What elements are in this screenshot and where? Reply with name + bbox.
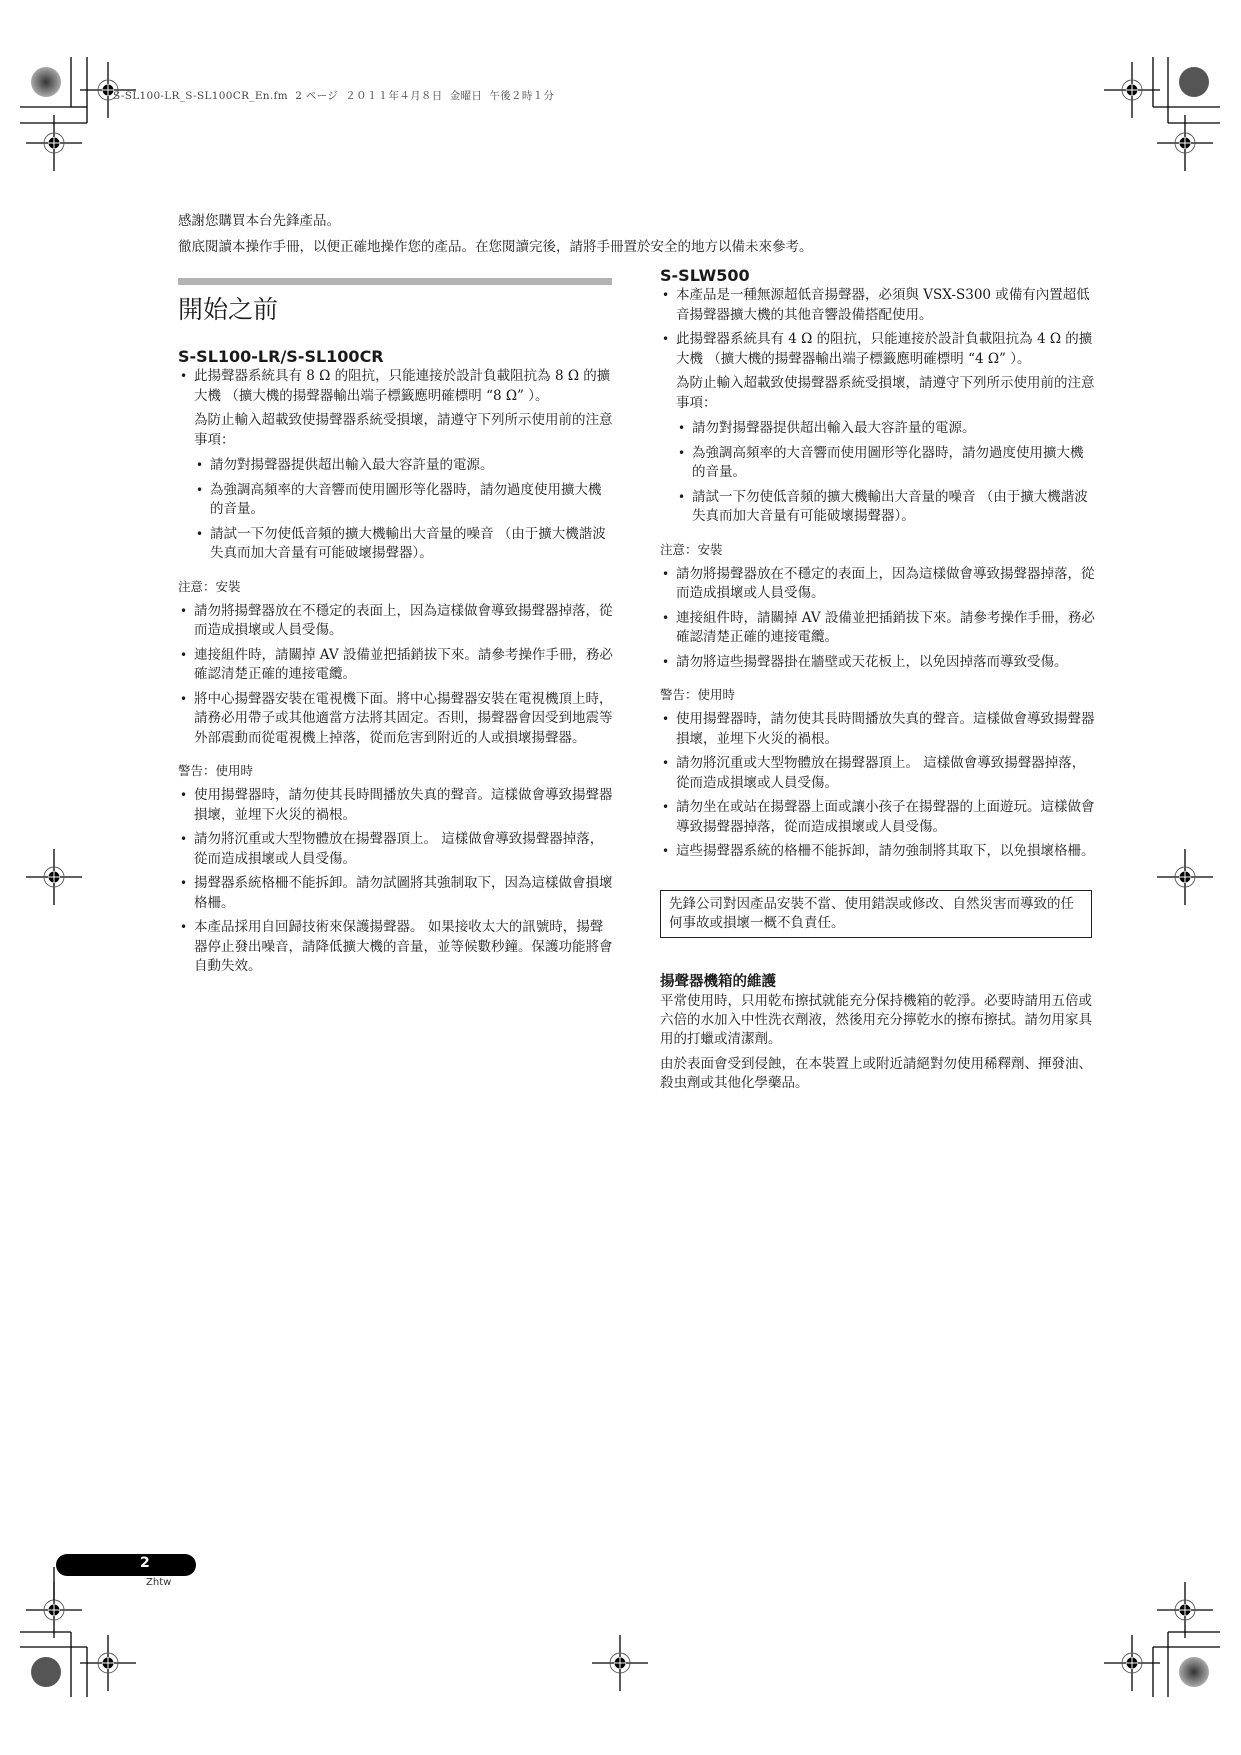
list-item: 這些揚聲器系統的格柵不能拆卸，請勿強制將其取下，以免損壞格柵。	[660, 842, 1096, 862]
precaution-intro: 為防止輸入超載致使揚聲器系統受損壞，請遵守下列所示使用前的注意事項：	[676, 374, 1096, 413]
list-item: 此揚聲器系統具有 8 Ω 的阻抗，只能連接於設計負載阻抗為 8 Ω 的擴大機 （…	[178, 367, 614, 406]
list-item: 請試一下勿使低音頻的擴大機輸出大音量的噪音 （由于擴大機諧波失真而加大音量有可能…	[194, 525, 614, 564]
list-item: 此揚聲器系統具有 4 Ω 的阻抗，只能連接於設計負載阻抗為 4 Ω 的擴大機 （…	[660, 330, 1096, 369]
maintenance-paragraph: 平常使用時，只用乾布擦拭就能充分保持機箱的乾淨。必要時請用五倍或六倍的水加入中性…	[660, 992, 1096, 1049]
list-item: 連接組件時，請關掉 AV 設備並把插銷拔下來。請參考操作手冊，務必確認清楚正確的…	[178, 646, 614, 685]
list-item: 請勿對揚聲器提供超出輸入最大容許量的電源。	[194, 456, 614, 476]
intro-read-manual: 徹底閱讀本操作手冊，以便正確地操作您的產品。在您閱讀完後，請將手冊置於安全的地方…	[178, 238, 813, 256]
model-heading: S-SLW500	[660, 266, 1096, 286]
list-item: 為強調高頻率的大音響而使用圖形等化器時，請勿過度使用擴大機的音量。	[194, 481, 614, 520]
page-number: 2	[140, 1555, 150, 1571]
section-rule	[178, 278, 612, 285]
page-number-tab	[56, 1554, 196, 1576]
list-item: 連接組件時，請關掉 AV 設備並把插銷拔下來。請參考操作手冊，務必確認清楚正確的…	[660, 609, 1096, 648]
list-item: 使用揚聲器時，請勿使其長時間播放失真的聲音。這樣做會導致揚聲器損壞，並埋下火災的…	[178, 786, 614, 825]
model-heading: S-SL100-LR/S-SL100CR	[178, 347, 614, 367]
file-slug-line: S-SL100-LR_S-SL100CR_En.fm 2 ページ ２０１１年４月…	[113, 88, 554, 103]
left-column: 開始之前 S-SL100-LR/S-SL100CR 此揚聲器系統具有 8 Ω 的…	[178, 278, 614, 982]
list-item: 請勿將沉重或大型物體放在揚聲器頂上。 這樣做會導致揚聲器掉落，從而造成損壞或人員…	[660, 754, 1096, 793]
language-code: Zhtw	[146, 1577, 171, 1588]
usage-warning-heading: 警告：使用時	[660, 686, 1096, 704]
list-item: 請勿將揚聲器放在不穩定的表面上，因為這樣做會導致揚聲器掉落，從而造成損壞或人員受…	[660, 565, 1096, 604]
cabinet-maintenance-section: 揚聲器機箱的維護 平常使用時，只用乾布擦拭就能充分保持機箱的乾淨。必要時請用五倍…	[660, 972, 1096, 1093]
right-column: S-SLW500 本產品是一種無源超低音揚聲器，必須與 VSX-S300 或備有…	[660, 266, 1096, 1099]
chapter-title: 開始之前	[178, 293, 614, 327]
list-item: 請試一下勿使低音頻的擴大機輸出大音量的噪音 （由于擴大機諧波失真而加大音量有可能…	[676, 488, 1096, 527]
install-caution-heading: 注意：安裝	[178, 578, 614, 596]
list-item: 請勿對揚聲器提供超出輸入最大容許量的電源。	[676, 419, 1096, 439]
intro-thanks: 感謝您購買本台先鋒產品。	[178, 212, 340, 230]
usage-warning-heading: 警告：使用時	[178, 762, 614, 780]
list-item: 本產品採用自回歸技術來保護揚聲器。 如果接收太大的訊號時，揚聲器停止發出噪音，請…	[178, 918, 614, 977]
list-item: 請勿將沉重或大型物體放在揚聲器頂上。 這樣做會導致揚聲器掉落，從而造成損壞或人員…	[178, 830, 614, 869]
list-item: 請勿將揚聲器放在不穩定的表面上，因為這樣做會導致揚聲器掉落，從而造成損壞或人員受…	[178, 602, 614, 641]
maintenance-paragraph: 由於表面會受到侵蝕，在本裝置上或附近請絕對勿使用稀釋劑、揮發油、殺虫劑或其他化學…	[660, 1055, 1096, 1093]
liability-disclaimer-box: 先鋒公司對因產品安裝不當、使用錯誤或修改、自然災害而導致的任何事故或損壞一概不負…	[660, 890, 1092, 938]
list-item: 將中心揚聲器安裝在電視機下面。將中心揚聲器安裝在電視機頂上時，請務必用帶子或其他…	[178, 690, 614, 749]
precaution-intro: 為防止輸入超載致使揚聲器系統受損壞，請遵守下列所示使用前的注意事項：	[194, 411, 614, 450]
install-caution-heading: 注意：安裝	[660, 541, 1096, 559]
list-item: 揚聲器系統格柵不能拆卸。請勿試圖將其強制取下，因為這樣做會損壞格柵。	[178, 874, 614, 913]
list-item: 請勿坐在或站在揚聲器上面或讓小孩子在揚聲器的上面遊玩。這樣做會導致揚聲器掉落，從…	[660, 798, 1096, 837]
list-item: 使用揚聲器時，請勿使其長時間播放失真的聲音。這樣做會導致揚聲器損壞，並埋下火災的…	[660, 710, 1096, 749]
list-item: 為強調高頻率的大音響而使用圖形等化器時，請勿過度使用擴大機的音量。	[676, 444, 1096, 483]
list-item: 本產品是一種無源超低音揚聲器，必須與 VSX-S300 或備有內置超低音揚聲器擴…	[660, 286, 1096, 325]
maintenance-heading: 揚聲器機箱的維護	[660, 972, 1096, 992]
list-item: 請勿將這些揚聲器掛在牆壁或天花板上，以免因掉落而導致受傷。	[660, 653, 1096, 673]
